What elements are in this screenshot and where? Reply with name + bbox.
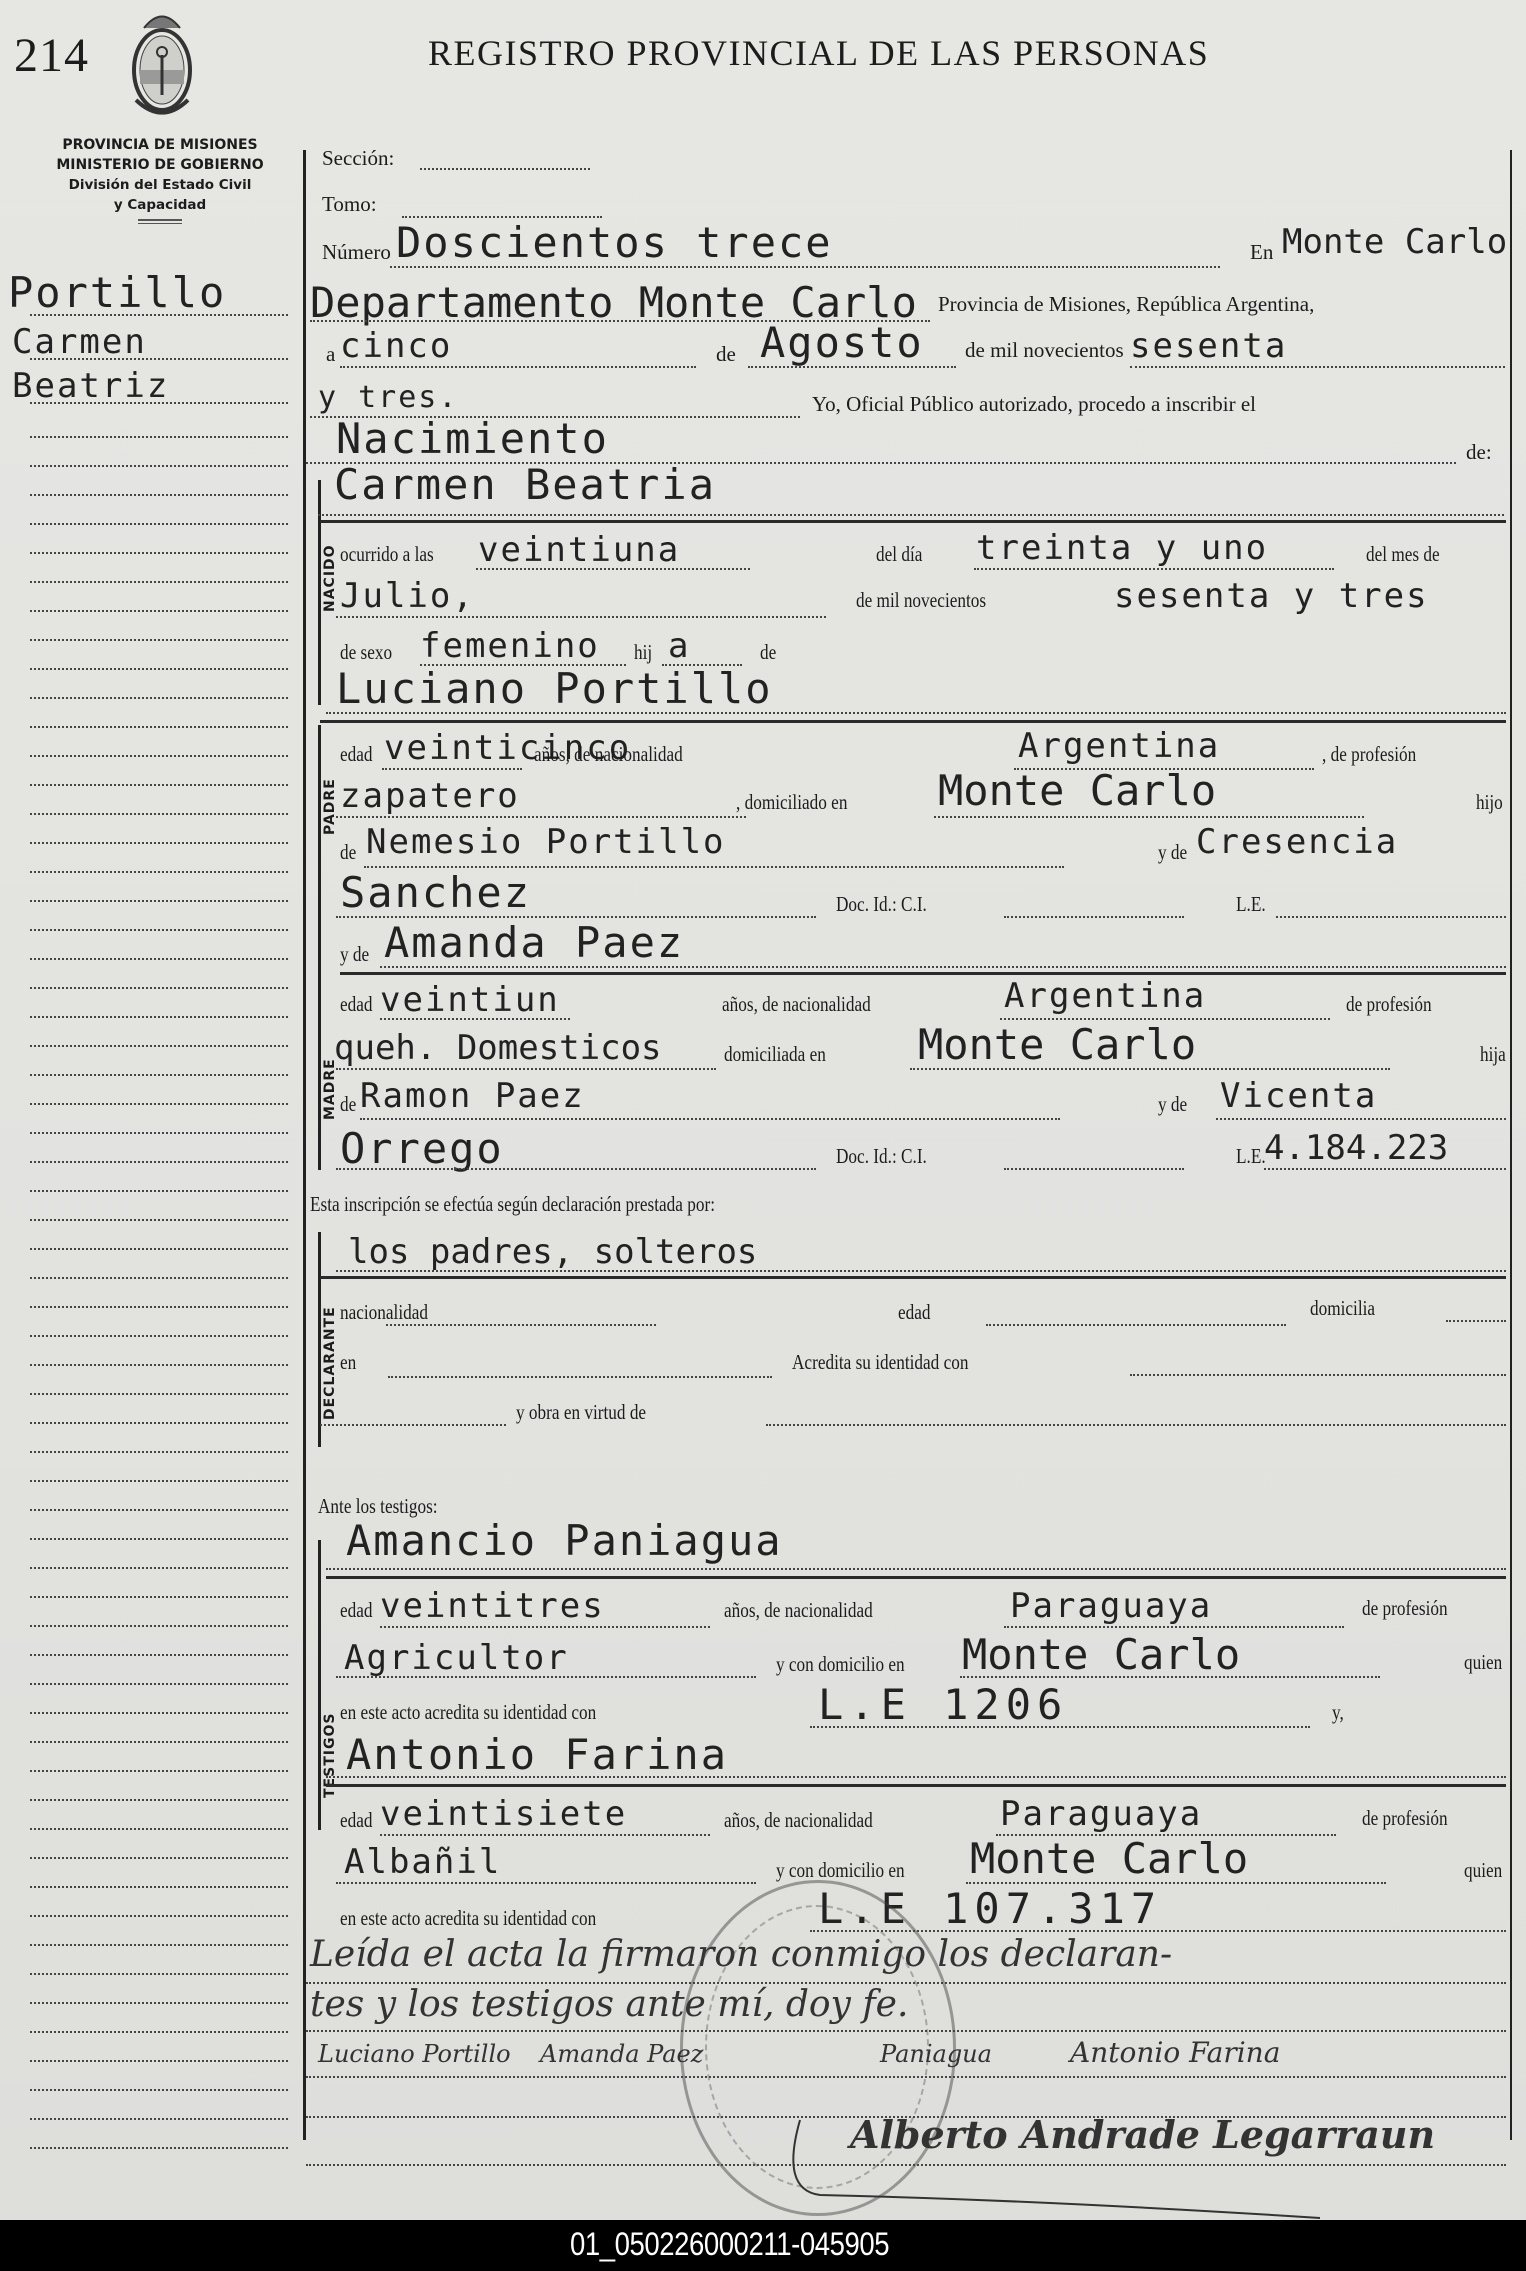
testigo1-nacionalidad-value: Paraguaya bbox=[1010, 1586, 1212, 1626]
margin-ruled-line bbox=[30, 1335, 288, 1337]
padre-le-field[interactable] bbox=[1276, 916, 1506, 918]
declarante-section-label: DECLARANTE bbox=[322, 1306, 338, 1420]
padre-bracket bbox=[318, 725, 321, 935]
padre-profesion-field[interactable] bbox=[336, 816, 746, 818]
numero-label: Número bbox=[322, 240, 391, 265]
margin-ruled-line bbox=[30, 1074, 288, 1076]
margin-ruled-line bbox=[30, 2002, 288, 2004]
margin-ruled-line bbox=[30, 2060, 288, 2062]
padre-name: Luciano Portillo bbox=[336, 664, 773, 713]
testigo2-nacionalidad-value: Paraguaya bbox=[1000, 1794, 1202, 1834]
org-division: División del Estado Civil bbox=[20, 175, 300, 195]
testigo1-profesion-field[interactable] bbox=[336, 1676, 756, 1678]
signature-amanda: Amanda Paez bbox=[540, 2040, 703, 2068]
margin-ruled-line bbox=[30, 2031, 288, 2033]
margin-ruled-line bbox=[30, 1161, 288, 1163]
padre-doc-label: Doc. Id.: C.I. bbox=[836, 892, 927, 917]
mes-nacimiento-value: Julio, bbox=[340, 576, 475, 616]
madre-le-value: 4.184.223 bbox=[1264, 1128, 1448, 1168]
margin-ruled-line bbox=[30, 813, 288, 815]
margin-second-name: Beatriz bbox=[12, 366, 169, 406]
testigo1-dom-label: y con domicilio en bbox=[776, 1652, 905, 1677]
margin-ruled-line bbox=[30, 2089, 288, 2091]
margin-ruled-line bbox=[30, 1886, 288, 1888]
margin-ruled-line bbox=[30, 610, 288, 612]
padre-le-label: L.E. bbox=[1236, 892, 1266, 917]
declarante-bracket bbox=[318, 1232, 321, 1447]
margin-ruled-line bbox=[30, 581, 288, 583]
testigo1-name-field[interactable] bbox=[326, 1568, 1506, 1570]
testigo1-documento-field[interactable] bbox=[810, 1726, 1310, 1728]
abuelo-materno-field[interactable] bbox=[360, 1118, 1060, 1120]
testigo2-top-rule bbox=[326, 1784, 1506, 1787]
margin-surname: Portillo bbox=[8, 268, 226, 317]
margin-ruled-line bbox=[30, 1944, 288, 1946]
de-label: de bbox=[716, 342, 736, 367]
en-label: En bbox=[1250, 240, 1273, 265]
madre-name: Amanda Paez bbox=[384, 918, 684, 967]
padre-profesion-value: zapatero bbox=[340, 776, 520, 816]
margin-ruled-line bbox=[30, 1567, 288, 1569]
declarante-edad-label: edad bbox=[898, 1300, 931, 1325]
margin-ruled-line bbox=[30, 697, 288, 699]
testigo1-edad-value: veintitres bbox=[380, 1586, 605, 1626]
testigo2-quien-label: quien bbox=[1464, 1858, 1502, 1883]
madre-y-de-label: y de bbox=[340, 942, 369, 967]
madre-edad-field[interactable] bbox=[380, 1018, 570, 1020]
testigo2-edad-value: veintisiete bbox=[380, 1794, 627, 1834]
margin-ruled-line bbox=[30, 1103, 288, 1105]
sexo-value: femenino bbox=[420, 626, 600, 666]
testigo1-profesion-value: Agricultor bbox=[344, 1638, 569, 1678]
declarante-acredita-label: Acredita su identidad con bbox=[792, 1350, 968, 1375]
abuela-materna-field[interactable] bbox=[1216, 1118, 1506, 1120]
madre-le-label: L.E. bbox=[1236, 1144, 1266, 1169]
dia-nacimiento-field[interactable] bbox=[974, 568, 1334, 570]
sexo-label: de sexo bbox=[340, 640, 392, 665]
madre-y-de-label2: y de bbox=[1158, 1092, 1187, 1117]
madre-profesion-value: queh. Domesticos bbox=[334, 1028, 662, 1068]
signatures-line[interactable] bbox=[306, 2076, 1506, 2078]
declarante-obra-pre-field[interactable] bbox=[320, 1424, 506, 1426]
signature-luciano: Luciano Portillo bbox=[318, 2040, 511, 2068]
a-label: a bbox=[326, 342, 335, 367]
margin-ruled-line bbox=[30, 1625, 288, 1627]
abuelo-paterno-value: Nemesio Portillo bbox=[366, 822, 726, 862]
org-division-sub: y Capacidad bbox=[20, 195, 300, 215]
margin-ruled-line bbox=[30, 402, 288, 404]
margin-ruled-line bbox=[30, 900, 288, 902]
mes-value: Agosto bbox=[760, 318, 924, 367]
abuela-materna-value: Vicenta bbox=[1220, 1076, 1377, 1116]
madre-de-label: de bbox=[340, 1092, 356, 1117]
margin-ruled-line bbox=[30, 1219, 288, 1221]
testigo1-domicilio-value: Monte Carlo bbox=[962, 1630, 1240, 1679]
margin-ruled-line bbox=[30, 552, 288, 554]
declarante-acredita-field[interactable] bbox=[1130, 1374, 1506, 1376]
margin-ruled-line bbox=[30, 1915, 288, 1917]
mil-nacimiento-label: de mil novecientos bbox=[856, 588, 986, 613]
del-mes-label: del mes de bbox=[1366, 542, 1440, 567]
margin-ruled-line bbox=[30, 1393, 288, 1395]
testigo1-prof-label: de profesión bbox=[1362, 1596, 1448, 1621]
padre-nac-label: años, de nacionalidad bbox=[534, 742, 683, 767]
anio-field[interactable] bbox=[1130, 366, 1505, 368]
margin-divider bbox=[303, 150, 306, 2140]
seccion-label: Sección: bbox=[322, 146, 394, 171]
madre-domicilio-value: Monte Carlo bbox=[918, 1020, 1196, 1069]
margin-ruled-line bbox=[30, 1973, 288, 1975]
margin-ruled-line bbox=[30, 1828, 288, 1830]
margin-ruled-line bbox=[30, 1799, 288, 1801]
testigo2-domicilio-value: Monte Carlo bbox=[970, 1834, 1248, 1883]
document-title: REGISTRO PROVINCIAL DE LAS PERSONAS bbox=[428, 32, 1209, 74]
margin-ruled-line bbox=[30, 1306, 288, 1308]
declarante-field[interactable] bbox=[336, 1270, 1506, 1272]
signature-farina: Antonio Farina bbox=[1070, 2036, 1280, 2069]
seccion-field[interactable] bbox=[420, 168, 590, 170]
testigo1-edad-field[interactable] bbox=[380, 1626, 710, 1628]
margin-ruled-line bbox=[30, 1857, 288, 1859]
declarante-obra-label: y obra en virtud de bbox=[516, 1400, 646, 1425]
mil-label: de mil novecientos bbox=[965, 338, 1124, 363]
dia-field[interactable] bbox=[340, 366, 696, 368]
nacido-top-rule bbox=[320, 520, 1506, 523]
tomo-label: Tomo: bbox=[322, 192, 377, 217]
dia-nacimiento-value: treinta y uno bbox=[976, 528, 1268, 568]
margin-ruled-line bbox=[30, 1654, 288, 1656]
padre-top-rule bbox=[320, 720, 1506, 723]
testigo1-documento-value: L.E 1206 bbox=[818, 1680, 1068, 1729]
testigo2-profesion-value: Albañil bbox=[344, 1842, 501, 1882]
declarante-top-rule bbox=[320, 1276, 1506, 1279]
declarante-domicilia-label: domicilia bbox=[1310, 1296, 1375, 1321]
madre-domicilio-field[interactable] bbox=[910, 1068, 1390, 1070]
abuela-paterna-value: Cresencia bbox=[1196, 822, 1398, 862]
image-id-label: 01_050226000211-045905 bbox=[570, 2226, 889, 2263]
signature-paniagua: Paniagua bbox=[880, 2040, 992, 2068]
right-border bbox=[1510, 150, 1512, 2140]
inscripto-name: Carmen Beatria bbox=[334, 460, 716, 509]
margin-ruled-line bbox=[30, 726, 288, 728]
ocurrido-label: ocurrido a las bbox=[340, 542, 434, 567]
margin-ruled-line bbox=[30, 1596, 288, 1598]
madre-edad-value: veintiun bbox=[380, 980, 560, 1020]
testigo1-nacionalidad-field[interactable] bbox=[1004, 1626, 1344, 1628]
page-number: 214 bbox=[14, 28, 89, 83]
hij-label: hij bbox=[634, 640, 652, 665]
madre-hija-label: hija bbox=[1480, 1042, 1506, 1067]
margin-ruled-line bbox=[30, 1538, 288, 1540]
testigo2-edad-field[interactable] bbox=[380, 1834, 710, 1836]
margin-ruled-line bbox=[30, 465, 288, 467]
madre-edad-label: edad bbox=[340, 992, 373, 1017]
mes-nacimiento-field[interactable] bbox=[336, 616, 826, 618]
abuelo-materno-value: Ramon Paez bbox=[360, 1076, 585, 1116]
margin-ruled-line bbox=[30, 1683, 288, 1685]
padre-ci-field[interactable] bbox=[1004, 916, 1184, 918]
testigo2-prof-label: de profesión bbox=[1362, 1806, 1448, 1831]
madre-bracket bbox=[318, 935, 321, 1170]
padre-name-field[interactable] bbox=[326, 712, 1506, 714]
padre-section-label: PADRE bbox=[322, 778, 338, 835]
madre-domiciliada-label: domiciliada en bbox=[724, 1042, 826, 1067]
testigo2-edad-label: edad bbox=[340, 1808, 373, 1833]
numero-field[interactable] bbox=[390, 266, 1220, 268]
margin-ruled-line bbox=[30, 1770, 288, 1772]
margin-ruled-line bbox=[30, 1422, 288, 1424]
margin-ruled-line bbox=[30, 639, 288, 641]
madre-prof-label: de profesión bbox=[1346, 992, 1432, 1017]
national-coat-of-arms-icon bbox=[122, 0, 202, 120]
padre-domicilio-field[interactable] bbox=[934, 816, 1364, 818]
margin-ruled-line bbox=[30, 494, 288, 496]
margin-ruled-line bbox=[30, 784, 288, 786]
image-id-bar: 01_050226000211-045905 bbox=[0, 2220, 1526, 2271]
declarante-en-field[interactable] bbox=[388, 1376, 772, 1378]
padre-de-label: de bbox=[340, 840, 356, 865]
margin-ruled-line bbox=[30, 958, 288, 960]
testigo1-edad-label: edad bbox=[340, 1598, 373, 1623]
margin-ruled-line bbox=[30, 871, 288, 873]
testigo2-name-field[interactable] bbox=[326, 1776, 1506, 1778]
declarante-intro: Esta inscripción se efectúa según declar… bbox=[310, 1192, 715, 1217]
margin-ruled-line bbox=[30, 1451, 288, 1453]
margin-first-name: Carmen bbox=[12, 322, 147, 362]
testigo2-dom-label: y con domicilio en bbox=[776, 1858, 905, 1883]
anio-nacimiento-value: sesenta y tres bbox=[1114, 576, 1429, 616]
issuing-authority: PROVINCIA DE MISIONES MINISTERIO DE GOBI… bbox=[20, 135, 300, 224]
nacido-de-label: de bbox=[760, 640, 776, 665]
declarante-en-label: en bbox=[340, 1350, 356, 1375]
madre-name-field[interactable] bbox=[380, 966, 1506, 968]
abuela-materna-apellido-field[interactable] bbox=[336, 1168, 816, 1170]
testigo1-nac-label: años, de nacionalidad bbox=[724, 1598, 873, 1623]
acto-value: Nacimiento bbox=[336, 414, 609, 463]
org-province: PROVINCIA DE MISIONES bbox=[20, 135, 300, 155]
madre-profesion-field[interactable] bbox=[336, 1068, 716, 1070]
madre-ci-field[interactable] bbox=[1004, 1168, 1184, 1170]
testigo2-profesion-field[interactable] bbox=[336, 1882, 756, 1884]
hora-value: veintiuna bbox=[478, 530, 680, 570]
anio-value-cont: y tres. bbox=[318, 380, 458, 415]
padre-prof-label: , de profesión bbox=[1322, 742, 1416, 767]
margin-ruled-line bbox=[30, 1190, 288, 1192]
padre-hijo-label: hijo bbox=[1476, 790, 1503, 815]
margin-ruled-line bbox=[30, 842, 288, 844]
margin-ruled-line bbox=[30, 1480, 288, 1482]
testigos-bracket bbox=[318, 1540, 321, 1830]
numero-value: Doscientos trece bbox=[396, 218, 833, 267]
testigo2-name: Antonio Farina bbox=[346, 1730, 728, 1779]
padre-domicilio-value: Monte Carlo bbox=[938, 766, 1216, 815]
testigo2-acredita-label: en este acto acredita su identidad con bbox=[340, 1906, 596, 1931]
margin-ruled-line bbox=[30, 1045, 288, 1047]
margin-ruled-line bbox=[30, 1132, 288, 1134]
registry-page: 214 REGISTRO PROVINCIAL DE LAS PERSONAS … bbox=[0, 0, 1526, 2220]
margin-ruled-line bbox=[30, 668, 288, 670]
testigo1-quien-label: quien bbox=[1464, 1650, 1502, 1675]
padre-y-de-label: y de bbox=[1158, 840, 1187, 865]
provincia-text: Provincia de Misiones, República Argenti… bbox=[938, 292, 1314, 317]
testigo1-top-rule bbox=[326, 1576, 1506, 1579]
declarante-edad-field[interactable] bbox=[986, 1324, 1286, 1326]
padre-nacionalidad-value: Argentina bbox=[1018, 726, 1220, 766]
margin-ruled-line bbox=[30, 755, 288, 757]
declarante-nacionalidad-field[interactable] bbox=[386, 1324, 656, 1326]
declarante-nacionalidad-label: nacionalidad bbox=[340, 1300, 428, 1325]
margin-ruled-line bbox=[30, 1016, 288, 1018]
padre-domiciliado-label: , domiciliado en bbox=[736, 790, 847, 815]
nacido-section-label: NACIDO bbox=[322, 544, 338, 612]
inscripto-field[interactable] bbox=[318, 514, 1504, 516]
margin-ruled-line bbox=[30, 1248, 288, 1250]
signature-flourish-icon bbox=[780, 2100, 1340, 2220]
org-divider bbox=[138, 219, 182, 224]
margin-ruled-line bbox=[30, 1277, 288, 1279]
testigo1-domicilio-field[interactable] bbox=[960, 1676, 1380, 1678]
madre-nacionalidad-value: Argentina bbox=[1004, 976, 1206, 1016]
madre-le-field[interactable] bbox=[1264, 1168, 1506, 1170]
de-colon-label: de: bbox=[1466, 440, 1492, 465]
padre-edad-field[interactable] bbox=[382, 768, 522, 770]
testigo1-acredita-label: en este acto acredita su identidad con bbox=[340, 1700, 596, 1725]
mes-field[interactable] bbox=[748, 366, 956, 368]
margin-ruled-line bbox=[30, 929, 288, 931]
margin-ruled-line bbox=[30, 2147, 288, 2149]
madre-top-rule bbox=[340, 972, 1506, 975]
abuela-materna-apellido: Orrego bbox=[340, 1124, 504, 1173]
margin-ruled-line bbox=[30, 358, 288, 360]
margin-ruled-line bbox=[30, 2118, 288, 2120]
del-dia-label: del día bbox=[876, 542, 922, 567]
margin-ruled-line bbox=[30, 1741, 288, 1743]
margin-ruled-line bbox=[30, 1712, 288, 1714]
org-ministry: MINISTERIO DE GOBIERNO bbox=[20, 155, 300, 175]
declarante-obra-field[interactable] bbox=[766, 1424, 1506, 1426]
margin-ruled-line bbox=[30, 1364, 288, 1366]
madre-doc-label: Doc. Id.: C.I. bbox=[836, 1144, 927, 1169]
margin-ruled-line bbox=[30, 1509, 288, 1511]
margin-ruled-line bbox=[30, 436, 288, 438]
madre-nac-label: años, de nacionalidad bbox=[722, 992, 871, 1017]
hij-value: a bbox=[668, 626, 690, 666]
en-value: Monte Carlo bbox=[1282, 222, 1507, 262]
abuela-paterna-apellido: Sanchez bbox=[340, 868, 531, 917]
testigo2-nac-label: años, de nacionalidad bbox=[724, 1808, 873, 1833]
padre-edad-label: edad bbox=[340, 742, 373, 767]
hora-field[interactable] bbox=[476, 568, 750, 570]
margin-ruled-line bbox=[30, 987, 288, 989]
declarante-domicilia-field[interactable] bbox=[1446, 1320, 1506, 1322]
oficial-text: Yo, Oficial Público autorizado, procedo … bbox=[812, 392, 1256, 417]
testigo1-name: Amancio Paniagua bbox=[346, 1516, 783, 1565]
anio-value: sesenta bbox=[1130, 326, 1287, 366]
dia-value: cinco bbox=[340, 326, 452, 366]
margin-ruled-line bbox=[30, 314, 288, 316]
testigo1-y-label: y, bbox=[1332, 1700, 1344, 1725]
declarante-value: los padres, solteros bbox=[348, 1232, 757, 1272]
margin-ruled-line bbox=[30, 523, 288, 525]
